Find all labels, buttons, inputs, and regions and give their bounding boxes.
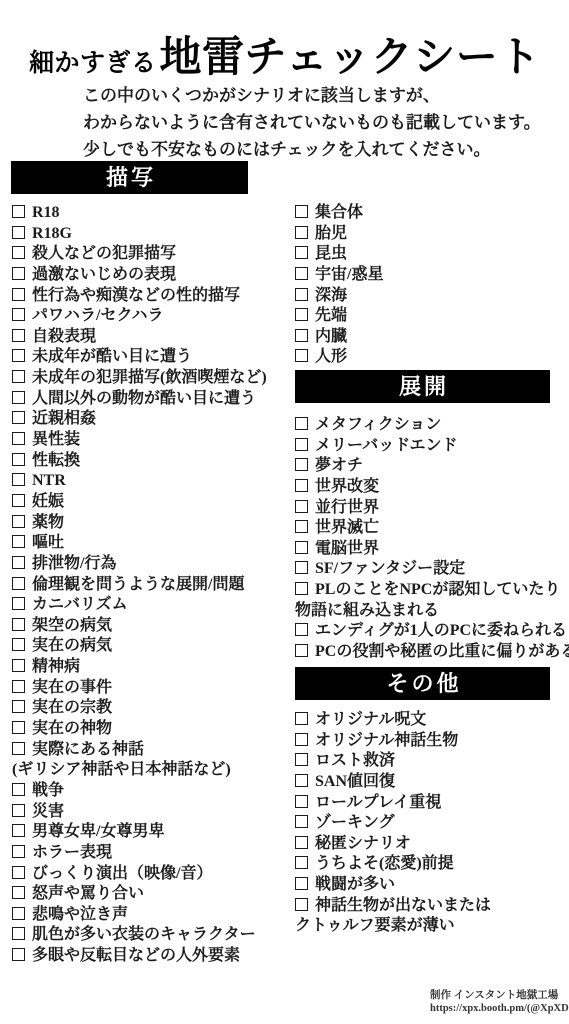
checkbox-icon[interactable] (12, 391, 25, 404)
checkbox-icon[interactable] (295, 205, 308, 218)
checkbox-icon[interactable] (295, 753, 308, 766)
checklist-item[interactable]: SAN値回復 (295, 772, 569, 793)
checklist-item[interactable]: 薬物 (12, 513, 292, 534)
checklist-item-label: 世界改変 (315, 478, 379, 495)
checkbox-icon[interactable] (295, 308, 308, 321)
checkbox-icon[interactable] (12, 948, 25, 961)
checklist-item[interactable]: 物語に組み込まれる (295, 601, 569, 622)
checklist-item-label: 怒声や罵り合い (32, 885, 144, 902)
checkbox-icon[interactable] (12, 288, 25, 301)
checkbox-icon[interactable] (12, 721, 25, 734)
checklist-item-label: ゾーキング (315, 814, 395, 831)
checkbox-icon[interactable] (12, 556, 25, 569)
page-title-prefix: 細かすぎる (29, 43, 157, 79)
checklist-item-label: 物語に組み込まれる (295, 602, 439, 619)
checkbox-icon[interactable] (12, 515, 25, 528)
checklist-item-label: 災害 (32, 803, 64, 820)
checklist-item[interactable]: 殺人などの犯罪描写 (12, 244, 292, 265)
checklist-item-label: カニバリズム (32, 596, 128, 613)
checkbox-icon[interactable] (12, 226, 25, 239)
checklist-item-label: 殺人などの犯罪描写 (32, 245, 176, 262)
checklist-item[interactable]: 自殺表現 (12, 327, 292, 348)
checklist-item-label: 人間以外の動物が酷い目に遭う (32, 390, 256, 407)
checklist-item[interactable]: 戦争 (12, 781, 292, 802)
section-header-other: その他 (295, 667, 550, 700)
checklist-item-label: 昆虫 (315, 245, 347, 262)
checklist-item[interactable]: 肌色が多い衣装のキャラクター (12, 925, 292, 946)
checkbox-icon[interactable] (12, 824, 25, 837)
checklist-item[interactable]: 実際にある神話 (12, 740, 292, 761)
checkbox-icon[interactable] (12, 783, 25, 796)
checkbox-icon[interactable] (295, 877, 308, 890)
checklist-item-label: 肌色が多い衣装のキャラクター (32, 926, 256, 943)
checklist-item[interactable]: 世界改変 (295, 477, 569, 498)
checklist-item-label: ロールプレイ重視 (315, 794, 441, 811)
checklist-item[interactable]: 嘔吐 (12, 533, 292, 554)
checklist-item-label: SF/ファンタジー設定 (315, 560, 465, 577)
checkbox-icon[interactable] (12, 577, 25, 590)
checklist-item-label: R18G (32, 225, 72, 242)
checklist-item-label: PLのことをNPCが認知していたり (315, 581, 560, 598)
checkbox-icon[interactable] (295, 623, 308, 636)
checklist-item[interactable]: 過激ないじめの表現 (12, 265, 292, 286)
checklist-item[interactable]: ロールプレイ重視 (295, 793, 569, 814)
checklist-item-label: 戦闘が多い (315, 876, 395, 893)
checklist-item[interactable]: 性転換 (12, 451, 292, 472)
checklist-item[interactable]: 精神病 (12, 657, 292, 678)
checkbox-icon[interactable] (12, 473, 25, 486)
checklist-item-label: R18 (32, 204, 60, 221)
checklist-item-label: うちよそ(恋愛)前提 (315, 855, 454, 872)
checklist-item-label: 胎児 (315, 225, 347, 242)
checklist-item[interactable]: 実在の宗教 (12, 698, 292, 719)
checkbox-icon[interactable] (295, 774, 308, 787)
checklist-item[interactable]: 実在の神物 (12, 719, 292, 740)
checklist-item-label: 排泄物/行為 (32, 555, 116, 572)
checklist-item[interactable]: ホラー表現 (12, 843, 292, 864)
intro-line: わからないように含有されていないものも記載しています。 (83, 109, 541, 136)
checklist-item[interactable]: カニバリズム (12, 595, 292, 616)
checkbox-icon[interactable] (12, 742, 25, 755)
checklist-item-label: 近親相姦 (32, 410, 96, 427)
checkbox-icon[interactable] (12, 680, 25, 693)
checkbox-icon[interactable] (295, 561, 308, 574)
checklist-item[interactable]: 深海 (295, 286, 565, 307)
checkbox-icon[interactable] (12, 349, 25, 362)
checkbox-icon[interactable] (295, 795, 308, 808)
checklist-item[interactable]: 異性装 (12, 430, 292, 451)
checkbox-icon[interactable] (12, 411, 25, 424)
checklist-item-label: クトゥルフ要素が薄い (295, 917, 455, 934)
checkbox-icon[interactable] (295, 288, 308, 301)
checklist-item[interactable]: 先端 (295, 306, 565, 327)
checklist-item[interactable]: 人間以外の動物が酷い目に遭う (12, 389, 292, 410)
checkbox-icon[interactable] (12, 267, 25, 280)
checklist-item-label: 性行為や痴漢などの性的描写 (32, 287, 240, 304)
checklist-item[interactable]: メタフィクション (295, 415, 569, 436)
development-checklist: メタフィクション メリーバッドエンド 夢オチ 世界改変 並行世界 世界滅亡 電脳… (295, 415, 569, 663)
checklist-item-label: 男尊女卑/女尊男卑 (32, 823, 164, 840)
checklist-item[interactable]: 男尊女卑/女尊男卑 (12, 822, 292, 843)
checklist-item[interactable]: 性行為や痴漢などの性的描写 (12, 286, 292, 307)
checklist-item-label: 妊娠 (32, 493, 64, 510)
checklist-item[interactable]: R18G (12, 224, 292, 245)
checklist-item-label: ロスト救済 (315, 752, 395, 769)
checklist-item-label: 性転換 (32, 452, 80, 469)
checkbox-icon[interactable] (12, 597, 25, 610)
checklist-item-label: NTR (32, 472, 66, 489)
checklist-item[interactable]: 未成年の犯罪描写(飲酒喫煙など) (12, 368, 292, 389)
checklist-item[interactable]: 近親相姦 (12, 409, 292, 430)
checklist-item-label: PCの役割や秘匿の比重に偏りがある (315, 643, 569, 660)
checklist-item-label: パワハラ/セクハラ (32, 307, 164, 324)
checkbox-icon[interactable] (12, 453, 25, 466)
checkbox-icon[interactable] (12, 432, 25, 445)
checkbox-icon[interactable] (12, 700, 25, 713)
intro-line: この中のいくつかがシナリオに該当しますが、 (83, 82, 541, 109)
checklist-item-label: 宇宙/惑星 (315, 266, 383, 283)
checklist-item[interactable]: SF/ファンタジー設定 (295, 559, 569, 580)
checkbox-icon[interactable] (12, 659, 25, 672)
checkbox-icon[interactable] (12, 205, 25, 218)
checklist-item-label: メタフィクション (315, 416, 441, 433)
section-header-development: 展開 (295, 370, 550, 403)
credit-footer: 制作 インスタント地獄工場 https://xpx.booth.pm/(@XpX… (430, 989, 569, 1015)
checklist-item-label: 架空の病気 (32, 617, 112, 634)
depiction-checklist-left-column: R18 R18G 殺人などの犯罪描写 過激ないじめの表現 性行為や痴漢などの性的… (12, 203, 292, 967)
checklist-item-label: 先端 (315, 307, 347, 324)
checkbox-icon[interactable] (295, 479, 308, 492)
checkbox-icon[interactable] (12, 907, 25, 920)
checklist-item-label: 夢オチ (315, 457, 363, 474)
checklist-item[interactable]: 神話生物が出ないまたは (295, 896, 569, 917)
checklist-item-label: ホラー表現 (32, 844, 112, 861)
checklist-item[interactable]: NTR (12, 471, 292, 492)
credit-url: https://xpx.booth.pm/(@XpXDXQ) (430, 1002, 569, 1015)
checklist-item[interactable]: オリジナル神話生物 (295, 731, 569, 752)
checkbox-icon[interactable] (295, 541, 308, 554)
checklist-item[interactable]: 実在の病気 (12, 636, 292, 657)
checkbox-icon[interactable] (12, 494, 25, 507)
checklist-item-label: びっくり演出（映像/音） (32, 865, 212, 882)
checklist-item-label: 実在の病気 (32, 637, 112, 654)
page-title-main: 地雷チェックシート (160, 24, 541, 84)
checkbox-icon[interactable] (295, 582, 308, 595)
checklist-item[interactable]: びっくり演出（映像/音） (12, 864, 292, 885)
checkbox-icon[interactable] (12, 638, 25, 651)
checklist-item-label: 多眼や反転目などの人外要素 (32, 947, 240, 964)
checklist-item-label: 倫理観を問うような展開/問題 (32, 576, 244, 593)
checkbox-icon[interactable] (295, 226, 308, 239)
checklist-item-label: 人形 (315, 348, 347, 365)
checklist-item[interactable]: 並行世界 (295, 498, 569, 519)
checklist-item-label: (ギリシア神話や日本神話など) (12, 761, 231, 778)
checkbox-icon[interactable] (295, 856, 308, 869)
checklist-item-label: メリーバッドエンド (315, 437, 458, 454)
checklist-item[interactable]: パワハラ/セクハラ (12, 306, 292, 327)
intro-line: 少しでも不安なものにはチェックを入れてください。 (83, 136, 541, 163)
checklist-item[interactable]: 多眼や反転目などの人外要素 (12, 946, 292, 967)
checklist-item[interactable]: 架空の病気 (12, 616, 292, 637)
checklist-item-label: 未成年の犯罪描写(飲酒喫煙など) (32, 369, 267, 386)
checkbox-icon[interactable] (295, 438, 308, 451)
checklist-item-label: 実在の事件 (32, 679, 112, 696)
checkbox-icon[interactable] (295, 267, 308, 280)
other-checklist: オリジナル呪文 オリジナル神話生物 ロスト救済 SAN値回復 ロールプレイ重視 … (295, 710, 569, 937)
checklist-item[interactable]: PCの役割や秘匿の比重に偏りがある (295, 642, 569, 663)
intro-text: この中のいくつかがシナリオに該当しますが、 わからないように含有されていないもの… (83, 82, 541, 163)
checklist-item[interactable]: PLのことをNPCが認知していたり (295, 580, 569, 601)
checklist-item[interactable]: 宇宙/惑星 (295, 265, 565, 286)
checkbox-icon[interactable] (295, 329, 308, 342)
checklist-item-label: エンディグが1人のPCに委ねられる (315, 622, 567, 639)
checkbox-icon[interactable] (12, 329, 25, 342)
checkbox-icon[interactable] (12, 804, 25, 817)
checklist-item[interactable]: 集合体 (295, 203, 565, 224)
checklist-item[interactable]: うちよそ(恋愛)前提 (295, 854, 569, 875)
checkbox-icon[interactable] (12, 886, 25, 899)
checklist-item-label: 実在の神物 (32, 720, 112, 737)
checkbox-icon[interactable] (12, 535, 25, 548)
checklist-item-label: 深海 (315, 287, 347, 304)
checklist-item[interactable]: 戦闘が多い (295, 875, 569, 896)
checklist-item[interactable]: 内臓 (295, 327, 565, 348)
credit-line: 制作 インスタント地獄工場 (430, 989, 569, 1002)
checkbox-icon[interactable] (12, 866, 25, 879)
checklist-item[interactable]: 人形 (295, 347, 565, 368)
checklist-item-label: 悲鳴や泣き声 (32, 906, 128, 923)
checklist-item-label: 嘔吐 (32, 534, 64, 551)
checklist-item[interactable]: 怒声や罵り合い (12, 884, 292, 905)
checklist-item-label: 世界滅亡 (315, 519, 379, 536)
checkbox-icon[interactable] (12, 618, 25, 631)
section-header-depiction: 描写 (11, 161, 248, 194)
checklist-item-label: オリジナル呪文 (315, 711, 426, 728)
intro-line-text: わからないように含有されていないものも記載しています。 (83, 113, 541, 132)
intro-line-text: この中のいくつかがシナリオに該当しますが、 (83, 86, 440, 105)
checklist-item[interactable]: (ギリシア神話や日本神話など) (12, 760, 292, 781)
checklist-item-label: 並行世界 (315, 499, 379, 516)
checklist-item[interactable]: メリーバッドエンド (295, 436, 569, 457)
checklist-item-label: 実際にある神話 (32, 741, 144, 758)
checklist-item[interactable]: 胎児 (295, 224, 565, 245)
checklist-item[interactable]: 未成年が酷い目に遭う (12, 347, 292, 368)
checkbox-icon[interactable] (295, 712, 308, 725)
checklist-item[interactable]: 電脳世界 (295, 539, 569, 560)
checklist-item[interactable]: 世界滅亡 (295, 518, 569, 539)
checkbox-icon[interactable] (295, 644, 308, 657)
trigger-checklist-page: 細かすぎる 地雷チェックシート この中のいくつかがシナリオに該当しますが、 わか… (0, 0, 569, 1024)
checklist-item[interactable]: 排泄物/行為 (12, 554, 292, 575)
checklist-item-label: 神話生物が出ないまたは (315, 897, 491, 914)
checkbox-icon[interactable] (12, 927, 25, 940)
checkbox-icon[interactable] (295, 815, 308, 828)
checklist-item-label: 薬物 (32, 514, 64, 531)
checklist-item[interactable]: 妊娠 (12, 492, 292, 513)
checklist-item-label: 未成年が酷い目に遭う (32, 348, 192, 365)
checkbox-icon[interactable] (295, 836, 308, 849)
checkbox-icon[interactable] (12, 370, 25, 383)
checklist-item[interactable]: 夢オチ (295, 456, 569, 477)
checkbox-icon[interactable] (295, 520, 308, 533)
checklist-item[interactable]: 災害 (12, 802, 292, 823)
checkbox-icon[interactable] (295, 349, 308, 362)
checklist-item-label: 電脳世界 (315, 540, 379, 557)
intro-line-text: 少しでも不安なものにはチェックを入れてください。 (83, 140, 491, 159)
checklist-item-label: SAN値回復 (315, 773, 395, 790)
checklist-item-label: 集合体 (315, 204, 363, 221)
checklist-item[interactable]: 秘匿シナリオ (295, 834, 569, 855)
checklist-item[interactable]: 倫理観を問うような展開/問題 (12, 575, 292, 596)
checkbox-icon[interactable] (295, 246, 308, 259)
checkbox-icon[interactable] (295, 898, 308, 911)
checkbox-icon[interactable] (295, 458, 308, 471)
checkbox-icon[interactable] (295, 417, 308, 430)
checklist-item-label: 内臓 (315, 328, 347, 345)
checklist-item[interactable]: ロスト救済 (295, 751, 569, 772)
checklist-item[interactable]: 実在の事件 (12, 678, 292, 699)
checklist-item[interactable]: エンディグが1人のPCに委ねられる (295, 621, 569, 642)
checklist-item[interactable]: オリジナル呪文 (295, 710, 569, 731)
checkbox-icon[interactable] (295, 733, 308, 746)
checklist-item-label: 実在の宗教 (32, 699, 112, 716)
checklist-item[interactable]: 悲鳴や泣き声 (12, 905, 292, 926)
checklist-item-label: 精神病 (32, 658, 80, 675)
checklist-item-label: 異性装 (32, 431, 80, 448)
checklist-item-label: 自殺表現 (32, 328, 96, 345)
checkbox-icon[interactable] (12, 308, 25, 321)
page-title: 細かすぎる 地雷チェックシート (29, 24, 541, 84)
checklist-item[interactable]: クトゥルフ要素が薄い (295, 916, 569, 937)
checklist-item[interactable]: 昆虫 (295, 244, 565, 265)
checklist-item[interactable]: ゾーキング (295, 813, 569, 834)
checklist-item[interactable]: R18 (12, 203, 292, 224)
checkbox-icon[interactable] (12, 845, 25, 858)
checklist-item-label: 過激ないじめの表現 (32, 266, 176, 283)
checklist-item-label: 秘匿シナリオ (315, 835, 411, 852)
checkbox-icon[interactable] (12, 246, 25, 259)
checklist-item-label: 戦争 (32, 782, 64, 799)
depiction-checklist-right-column: 集合体 胎児 昆虫 宇宙/惑星 深海 先端 内臓 人形 (295, 203, 565, 368)
checklist-item-label: オリジナル神話生物 (315, 732, 458, 749)
checkbox-icon[interactable] (295, 500, 308, 513)
